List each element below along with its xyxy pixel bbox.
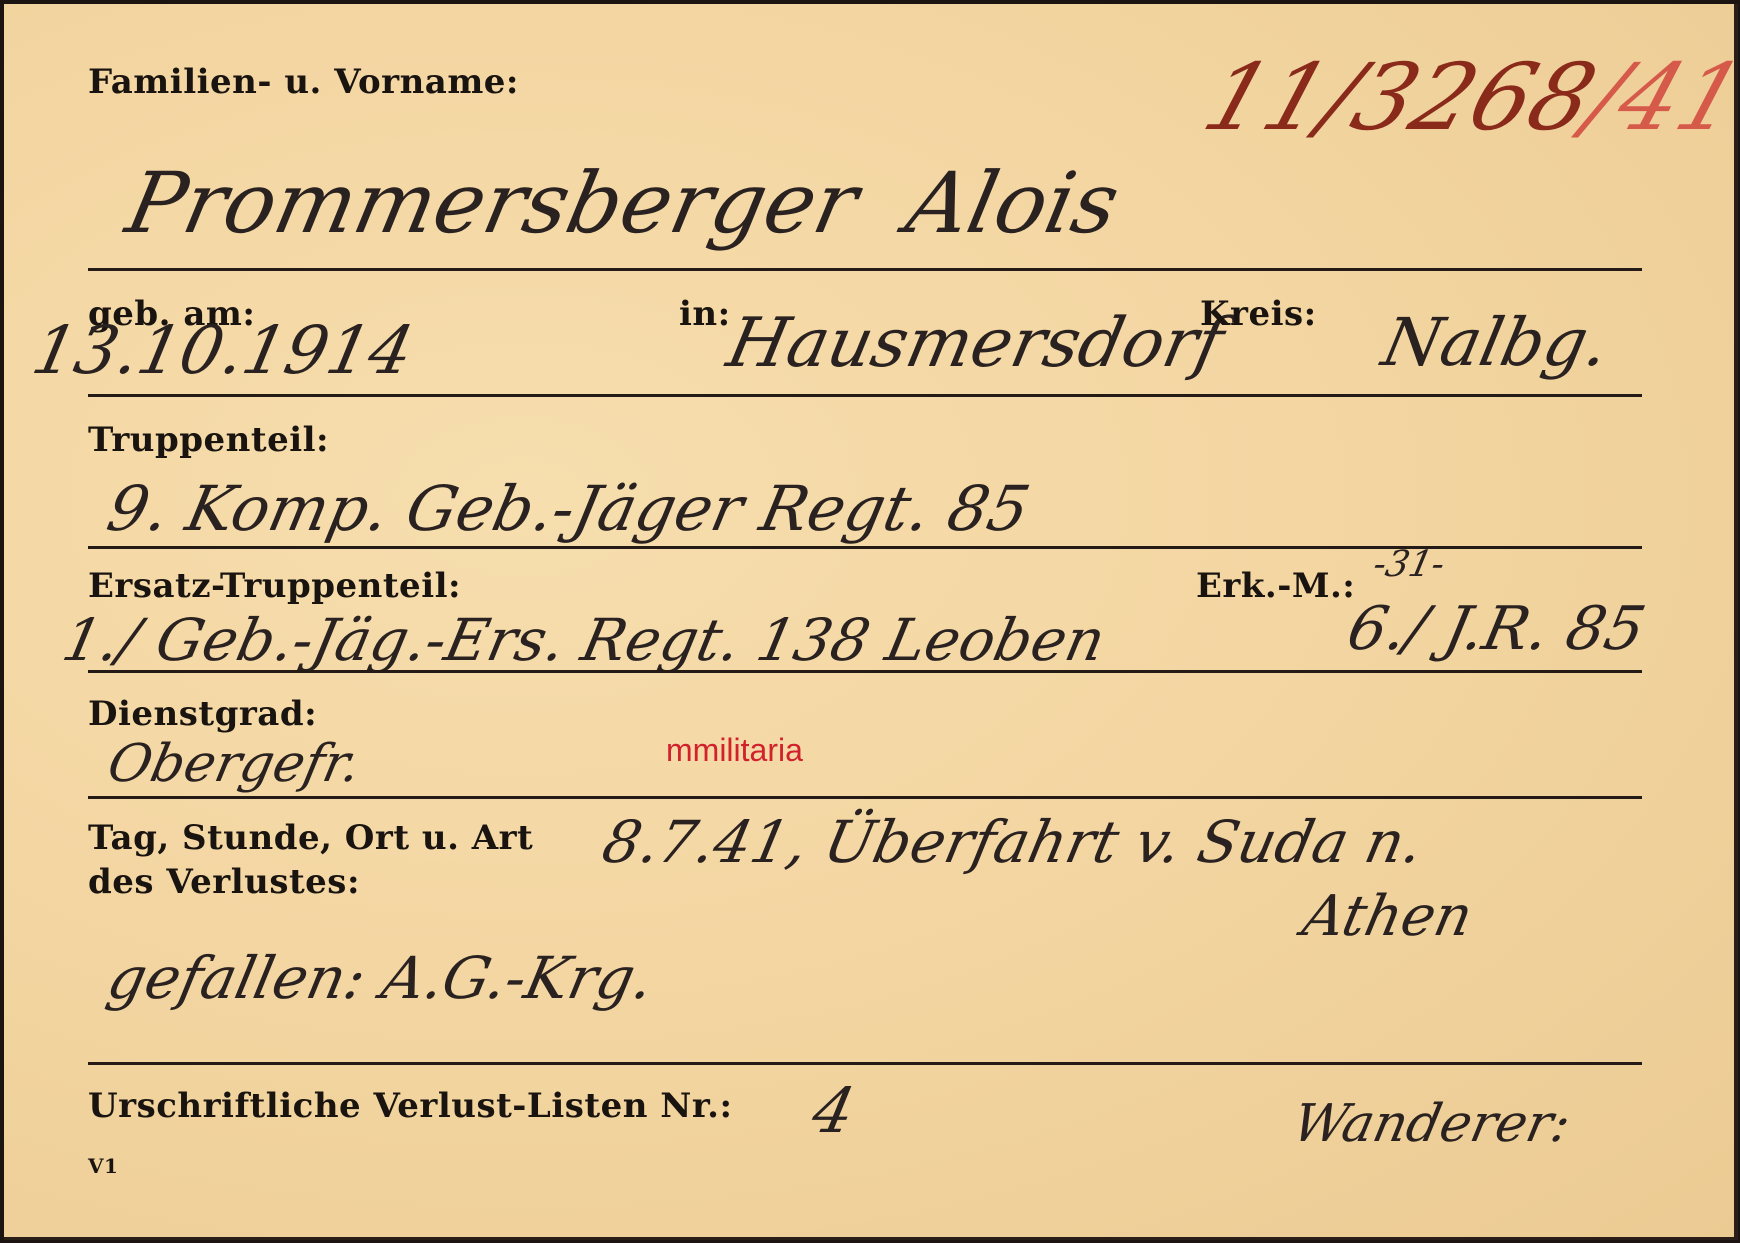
loss-rule	[88, 1062, 1642, 1065]
unit-label: Truppenteil:	[88, 420, 329, 460]
loss-value-line1: 8.7.41, Überfahrt v. Suda n.	[597, 808, 1430, 876]
loss-value-line3: gefallen: A.G.-Krg.	[102, 944, 660, 1012]
loss-value-line2: Athen	[1297, 884, 1478, 949]
signature: Wanderer:	[1288, 1094, 1576, 1154]
loss-list-label: Urschriftliche Verlust-Listen Nr.:	[88, 1086, 733, 1126]
personnel-record-card: 11/3268/41 Familien- u. Vorname: Prommer…	[4, 4, 1738, 1240]
rank-label: Dienstgrad:	[88, 694, 317, 734]
name-rule	[88, 268, 1642, 271]
id-tag-value: 6./ J.R. 85	[1342, 594, 1652, 664]
loss-label-line2: des Verlustes:	[88, 862, 360, 902]
surname-value: Prommersberger	[119, 154, 867, 252]
reference-number-main: 11/3268	[1192, 44, 1609, 151]
birth-place-label: in:	[679, 294, 731, 334]
id-tag-superscript: -31-	[1370, 544, 1449, 585]
reference-number: 11/3268/41	[1192, 44, 1738, 151]
district-label: Kreis:	[1200, 294, 1317, 334]
rank-rule	[88, 796, 1642, 799]
unit-value: 9. Komp. Geb.-Jäger Regt. 85	[101, 472, 1036, 545]
replacement-unit-label: Ersatz-Truppenteil:	[88, 566, 461, 606]
replacement-unit-rule	[88, 670, 1642, 673]
birth-rule	[88, 394, 1642, 397]
birth-place-value: Hausmersdorf	[721, 304, 1231, 383]
form-code: V1	[88, 1154, 118, 1178]
district-value: Nalbg.	[1376, 304, 1616, 381]
name-label: Familien- u. Vorname:	[88, 62, 519, 102]
loss-list-value: 4	[806, 1074, 861, 1147]
given-name-value: Alois	[899, 154, 1128, 252]
replacement-unit-value: 1./ Geb.-Jäg.-Ers. Regt. 138 Leoben	[57, 606, 1111, 674]
birth-date-value: 13.10.1914	[26, 312, 420, 389]
loss-label-line1: Tag, Stunde, Ort u. Art	[88, 818, 533, 858]
rank-value: Obergefr.	[103, 734, 366, 794]
watermark: mmilitaria	[666, 732, 803, 769]
id-tag-label: Erk.-M.:	[1196, 566, 1355, 606]
